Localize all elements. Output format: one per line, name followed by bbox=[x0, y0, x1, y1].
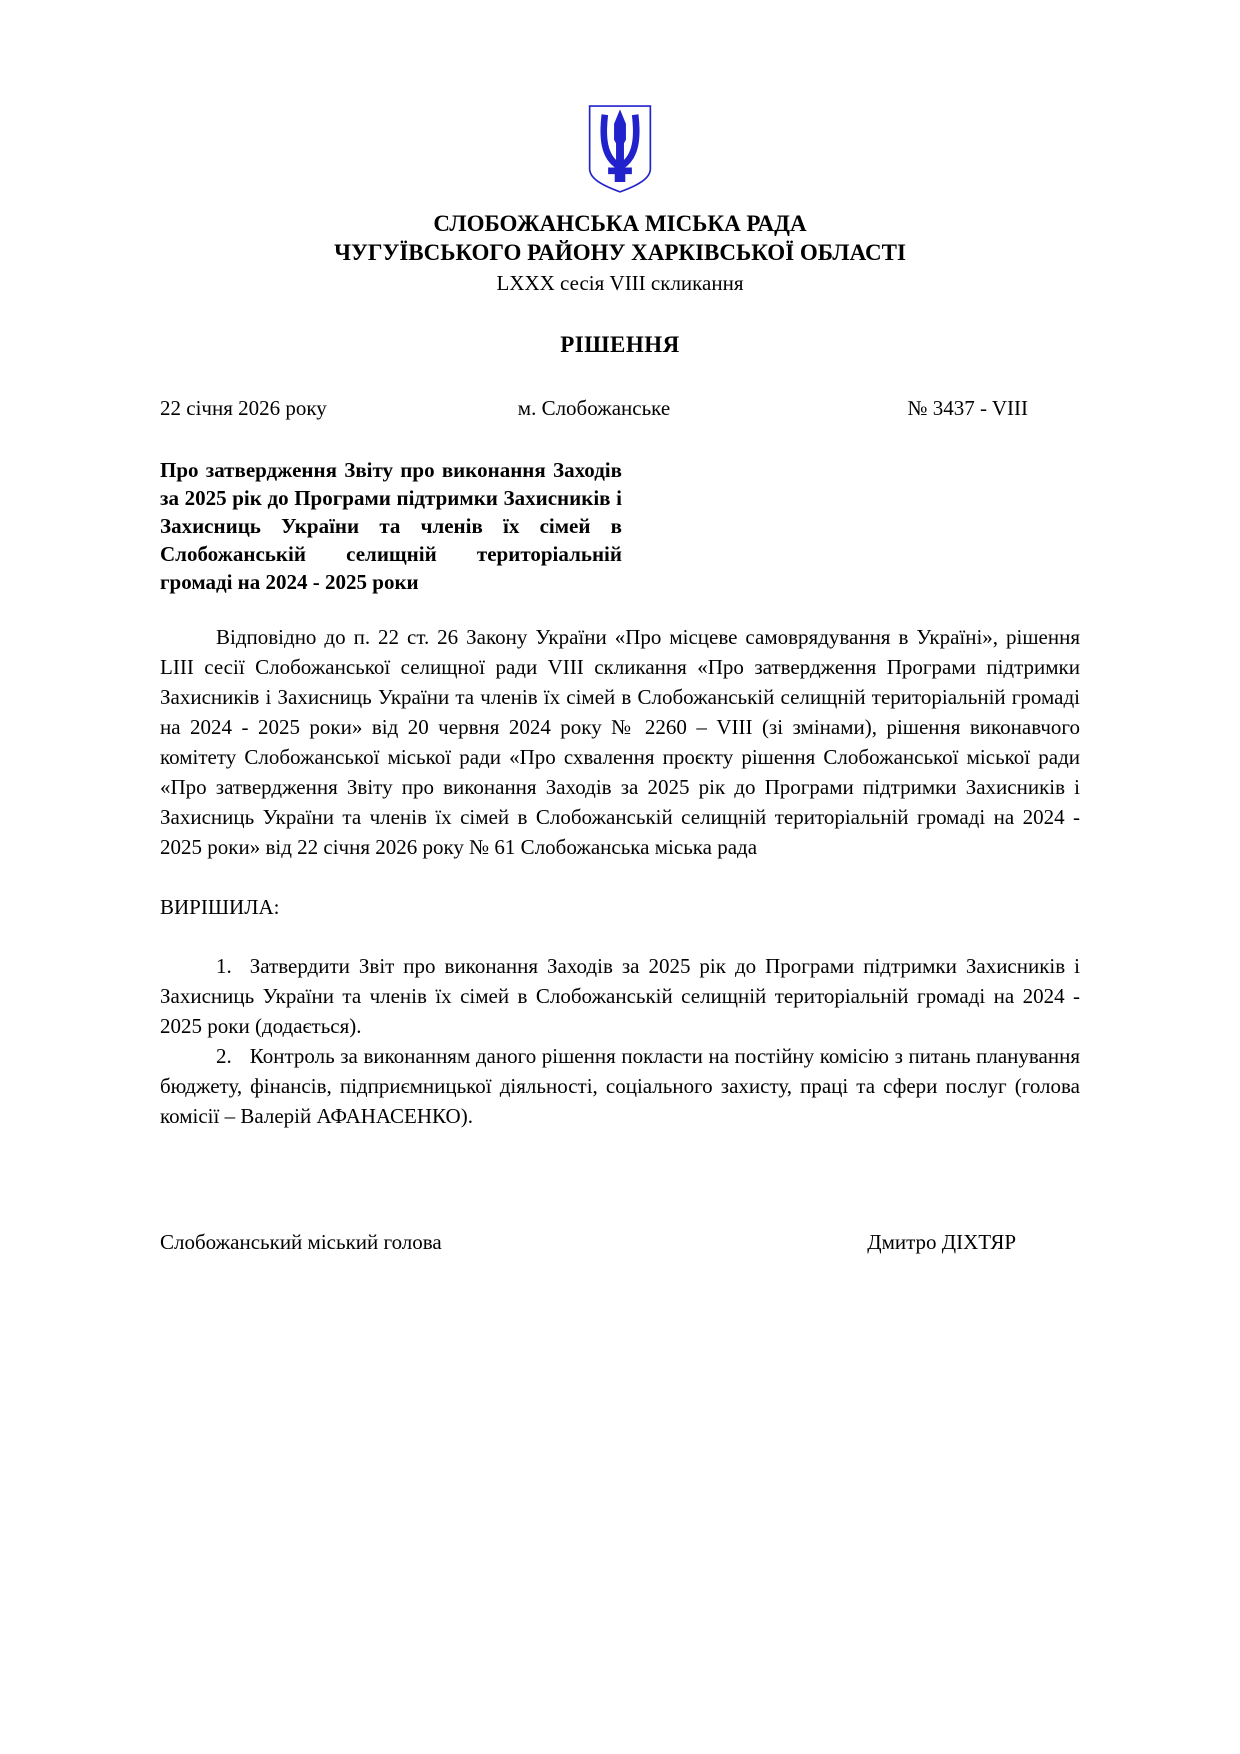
header-session: LXXX сесія VIII скликання bbox=[160, 270, 1080, 297]
signature-row: Слобожанський міський голова Дмитро ДІХТ… bbox=[160, 1229, 1080, 1256]
resolved-label: ВИРІШИЛА: bbox=[160, 894, 1080, 921]
doc-type-title: РІШЕННЯ bbox=[160, 331, 1080, 359]
subject-paragraph: Про затвердження Звіту про виконання Зах… bbox=[160, 456, 622, 596]
signature-position: Слобожанський міський голова bbox=[160, 1229, 442, 1256]
item-text: Контроль за виконанням даного рішення по… bbox=[160, 1044, 1080, 1128]
header-org-region: ЧУГУЇВСЬКОГО РАЙОНУ ХАРКІВСЬКОЇ ОБЛАСТІ bbox=[160, 238, 1080, 267]
item-text: Затвердити Звіт про виконання Заходів за… bbox=[160, 954, 1080, 1038]
emblem-container bbox=[160, 104, 1080, 199]
item-number: 1. bbox=[216, 954, 232, 978]
meta-row: 22 січня 2026 року м. Слобожанське № 343… bbox=[160, 395, 1080, 422]
item-number: 2. bbox=[216, 1044, 232, 1068]
coat-of-arms-icon bbox=[587, 104, 653, 194]
signature-name: Дмитро ДІХТЯР bbox=[867, 1229, 1080, 1256]
resolution-item: 2.Контроль за виконанням даного рішення … bbox=[160, 1041, 1080, 1131]
document-page: СЛОБОЖАНСЬКА МІСЬКА РАДА ЧУГУЇВСЬКОГО РА… bbox=[0, 0, 1240, 1754]
doc-number: № 3437 - VIII bbox=[739, 395, 1080, 422]
header-org-name: СЛОБОЖАНСЬКА МІСЬКА РАДА bbox=[160, 209, 1080, 238]
preamble-paragraph: Відповідно до п. 22 ст. 26 Закону Україн… bbox=[160, 622, 1080, 862]
doc-place: м. Слобожанське bbox=[449, 395, 738, 422]
resolution-items: 1.Затвердити Звіт про виконання Заходів … bbox=[160, 951, 1080, 1131]
doc-date: 22 січня 2026 року bbox=[160, 395, 449, 422]
resolution-item: 1.Затвердити Звіт про виконання Заходів … bbox=[160, 951, 1080, 1041]
